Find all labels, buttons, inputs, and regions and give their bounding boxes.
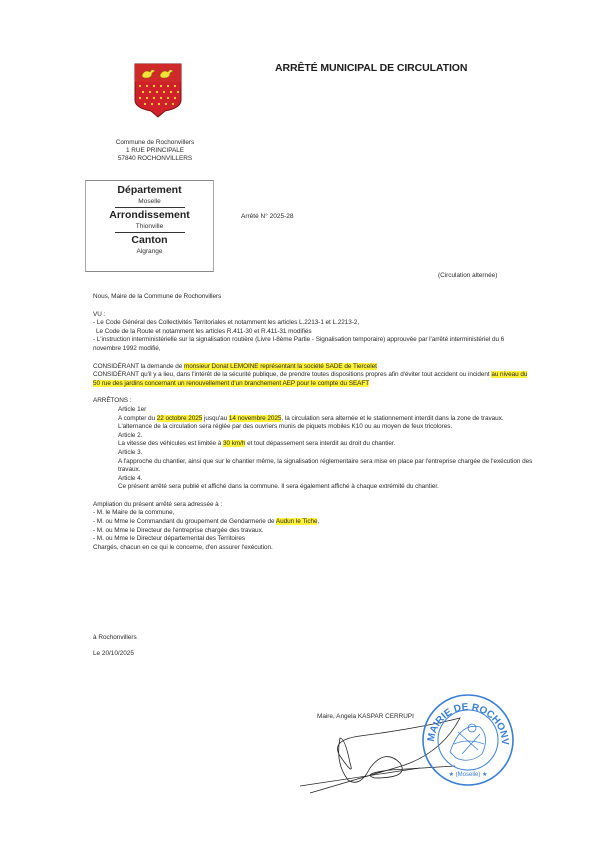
requester-highlight: monsieur Donat LEMOINE représentant la s… [184, 363, 377, 370]
article-1-title: Article 1er [118, 406, 533, 415]
speed-limit: 30 km/h [223, 440, 245, 447]
article-4-title: Article 4. [118, 475, 533, 484]
canton-value: Algrange [86, 247, 213, 256]
mairie-stamp-icon: MAIRIE DE ROCHONVILLERS ★ (Moselle) ★ [420, 692, 516, 788]
intro: Nous, Maire de la Commune de Rochonville… [93, 293, 533, 302]
circulation-type: (Circulation alternée) [438, 272, 497, 279]
canton-label: Canton [86, 234, 213, 247]
vu-item: Le Code de la Route et notamment les art… [93, 328, 533, 337]
article-1-part: A compter du [118, 415, 157, 422]
arrondissement-value: Thionville [86, 222, 213, 231]
ampliation-item: - M. le Maire de la commune, [93, 509, 533, 518]
article-2-part: et tout dépassement sera interdit au dro… [245, 440, 395, 447]
article-4-text: Ce présent arrêté sera publié et affiché… [118, 483, 533, 492]
admin-info-box: Département Moselle Arrondissement Thion… [85, 180, 214, 272]
article-1-part: jusqu'au [202, 415, 229, 422]
ampliation-label: Ampliation du présent arrêté sera adress… [93, 501, 533, 510]
svg-text:MAIRIE DE ROCHONVILLERS: MAIRIE DE ROCHONVILLERS [420, 692, 510, 746]
ampliation-item: - M. ou Mme le Directeur départemental d… [93, 535, 533, 544]
considerant-1-text: CONSIDÉRANT la demande de [93, 363, 184, 370]
vu-label: VU : [93, 311, 533, 320]
arrondissement-label: Arrondissement [86, 209, 213, 222]
end-date: 14 novembre 2025 [229, 415, 282, 422]
commune-address: Commune de Rochonvillers 1 RUE PRINCIPAL… [100, 139, 210, 164]
svg-text:★ (Moselle) ★: ★ (Moselle) ★ [449, 771, 488, 778]
article-1-text: A compter du 22 octobre 2025 jusqu'au 14… [118, 415, 533, 432]
vu-item: - L'instruction interministérielle sur l… [93, 336, 533, 353]
article-2-text: La vitesse des véhicules est limitée à 3… [118, 440, 533, 449]
document-body: Nous, Maire de la Commune de Rochonville… [93, 293, 533, 552]
arretons-label: ARRÊTONS : [93, 397, 533, 406]
considerant-1: CONSIDÉRANT la demande de monsieur Donat… [93, 363, 533, 372]
divider [115, 232, 185, 233]
gendarmerie-highlight: Audun le Tiche [276, 518, 318, 525]
article-2-part: La vitesse des véhicules est limitée à [118, 440, 223, 447]
considerant-2-text: CONSIDÉRANT qu'il y a lieu, dans l'intér… [93, 371, 491, 378]
departement-value: Moselle [86, 197, 213, 206]
ampliation-item: - M. ou Mme le Directeur de l'entreprise… [93, 527, 533, 536]
vu-item: - Le Code Général des Collectivités Terr… [93, 319, 533, 328]
document-title: ARRÊTÉ MUNICIPAL DE CIRCULATION [275, 62, 467, 74]
commune-name: Commune de Rochonvillers [100, 139, 210, 147]
ampliation-item-suffix: , [317, 518, 319, 525]
commune-postal: 57840 ROCHONVILLERS [100, 155, 210, 163]
commune-street: 1 RUE PRINCIPALE [100, 147, 210, 155]
ampliation-item: - M. ou Mme le Commandant du groupement … [93, 518, 533, 527]
article-2-title: Article 2. [118, 432, 533, 441]
article-3-text: A l'approche du chantier, ainsi que sur … [118, 458, 533, 475]
considerant-2: CONSIDÉRANT qu'il y a lieu, dans l'intér… [93, 371, 533, 388]
departement-label: Département [86, 184, 213, 197]
divider [115, 207, 185, 208]
signature-date: Le 20/10/2025 [93, 650, 134, 657]
signature-place: à Rochonvillers [93, 634, 137, 641]
ampliation-closing: Chargés, chacun en ce qui le concerne, d… [93, 544, 533, 553]
ampliation-item-text: - M. ou Mme le Commandant du groupement … [93, 518, 276, 525]
start-date: 22 octobre 2025 [157, 415, 202, 422]
article-3-title: Article 3. [118, 449, 533, 458]
coat-of-arms-icon [133, 62, 183, 118]
arrete-number: Arrêté N° 2025-28 [241, 213, 293, 220]
